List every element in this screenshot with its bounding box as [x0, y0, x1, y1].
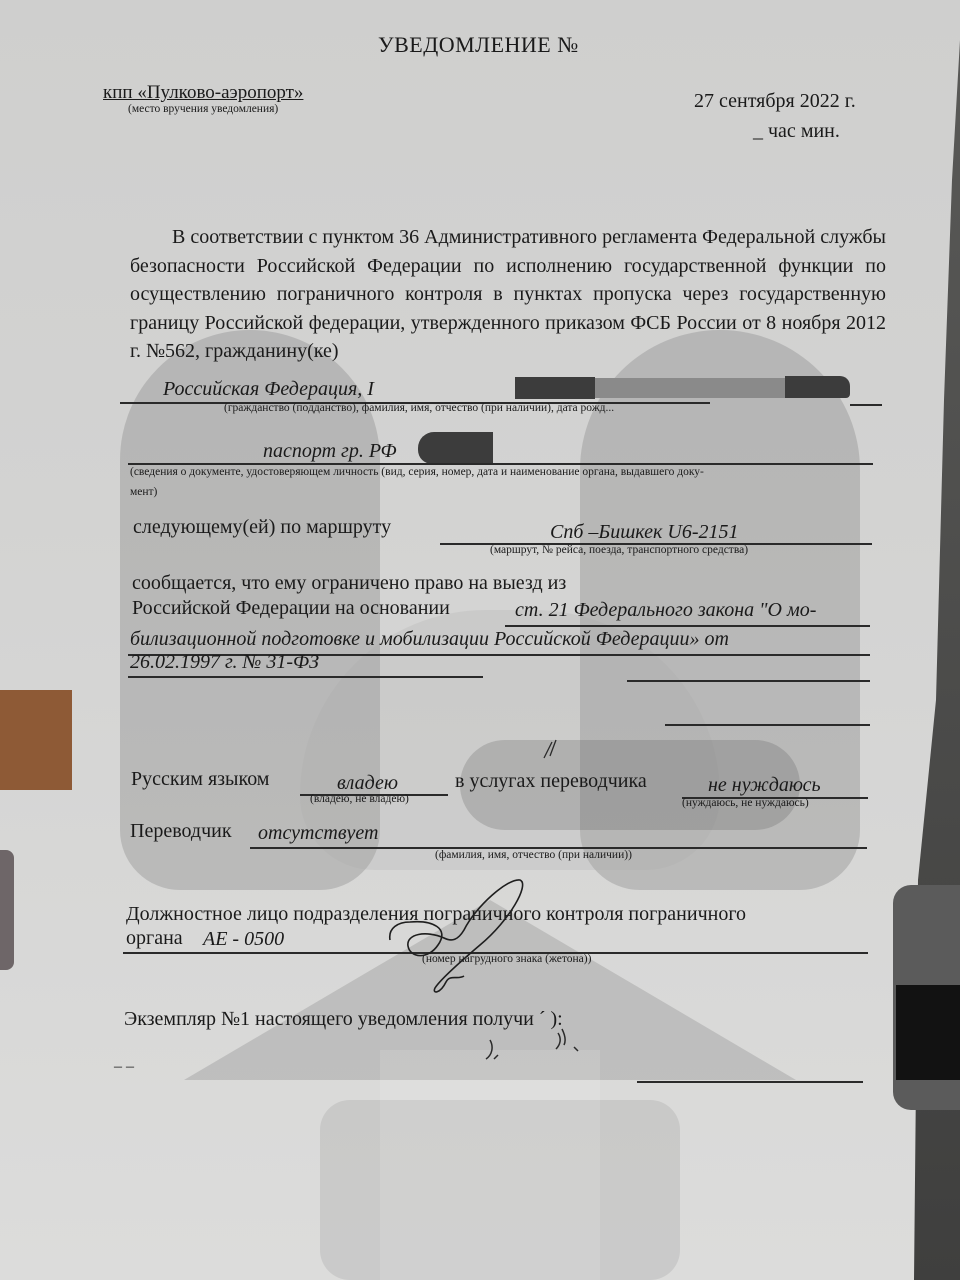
- translator-value: не нуждаюсь: [708, 774, 821, 797]
- citizen-hint: (гражданство (подданство), фамилия, имя,…: [224, 402, 614, 414]
- interpreter-value: отсутствует: [258, 822, 378, 845]
- restriction-basis-3: 26.02.1997 г. № 31-ФЗ: [130, 651, 319, 674]
- restriction-basis-1: ст. 21 Федерального закона "О мо-: [515, 599, 816, 622]
- redaction: [595, 378, 785, 398]
- place-of-delivery: кпп «Пулково-аэропорт»: [103, 82, 303, 104]
- recipient-signature-icon: [470, 1025, 610, 1065]
- translator-hint: (нуждаюсь, не нуждаюсь): [682, 797, 809, 809]
- restriction-basis-label: Российской Федерации на основании: [132, 597, 450, 620]
- brown-patch: [0, 690, 72, 790]
- form-line: [665, 724, 870, 726]
- route-label: следующему(ей) по маршруту: [133, 516, 391, 539]
- pen-mark-icon: [540, 738, 564, 760]
- language-label: Русским языком: [131, 768, 269, 791]
- restriction-basis-2: билизационной подготовке и мобилизации Р…: [130, 628, 729, 651]
- redaction-bar: [896, 985, 960, 1080]
- redaction: [515, 377, 595, 399]
- interpreter-label: Переводчик: [130, 820, 232, 843]
- form-line: [505, 625, 870, 627]
- document-title: УВЕДОМЛЕНИЕ №: [378, 32, 579, 58]
- language-value: владею: [337, 772, 398, 795]
- id-document-value: паспорт гр. РФ: [263, 440, 397, 463]
- restriction-text: сообщается, что ему ограничено право на …: [132, 572, 566, 595]
- id-document-hint: (сведения о документе, удостоверяющем ли…: [130, 466, 704, 478]
- redaction: [785, 376, 850, 398]
- form-line: [637, 1081, 863, 1083]
- officer-badge: AE - 0500: [203, 928, 284, 951]
- route-value: Спб –Бишкек U6-2151: [550, 521, 739, 544]
- form-line: [850, 404, 882, 406]
- watermark-shape: [380, 1050, 600, 1280]
- form-line: [128, 463, 873, 465]
- signature-icon: [380, 870, 550, 1000]
- intro-paragraph: В соответствии с пунктом 36 Администрати…: [130, 223, 886, 366]
- notice-date: 27 сентября 2022 г.: [694, 90, 856, 113]
- citizen-value: Российская Федерация, I: [163, 378, 374, 401]
- form-line: [128, 676, 483, 678]
- language-hint: (владею, не владею): [310, 793, 409, 805]
- place-hint: (место вручения уведомления): [128, 103, 278, 115]
- interpreter-hint: (фамилия, имя, отчество (при наличии)): [435, 849, 632, 861]
- receipt-dashes: – –: [114, 1058, 134, 1076]
- translator-label: в услугах переводчика: [455, 770, 647, 793]
- route-hint: (маршрут, № рейса, поезда, транспортного…: [490, 544, 748, 556]
- officer-organ-label: органа: [126, 927, 183, 950]
- form-line: [627, 680, 870, 682]
- id-document-hint-cont: мент): [130, 486, 157, 498]
- notice-time: _ час мин.: [753, 120, 840, 143]
- finger-edge: [0, 850, 14, 970]
- redaction: [418, 432, 493, 464]
